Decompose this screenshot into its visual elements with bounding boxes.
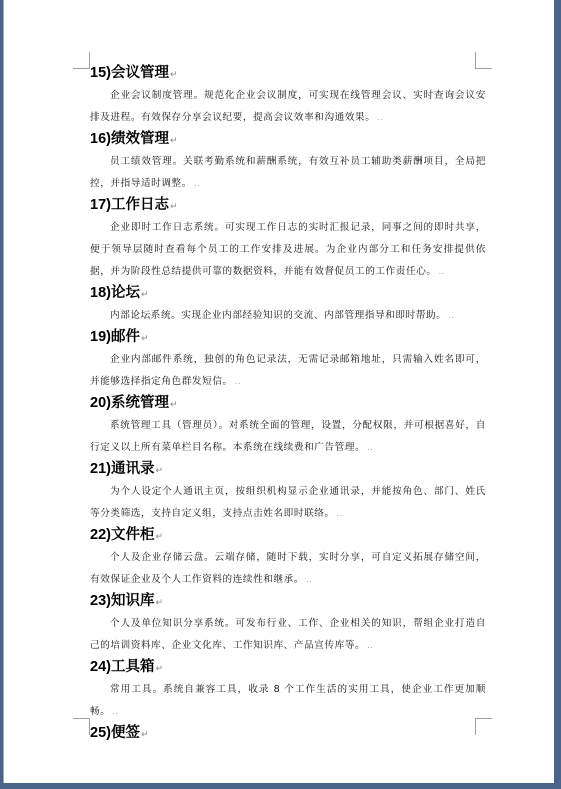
section-heading: 21)通讯录↵ xyxy=(90,459,486,481)
section-body: 企业会议制度管理。规范化企业会议制度，可实现在线管理会议、实时查询会议安排及进程… xyxy=(90,85,486,129)
section-22: 22)文件柜↵ 个人及企业存储云盘。云端存储，随时下载，实时分享，可自定义拓展存… xyxy=(90,525,486,591)
section-heading: 23)知识库↵ xyxy=(90,591,486,613)
section-body: 为个人设定个人通讯主页，按组织机构显示企业通讯录，并能按角色、部门、姓氏等分类筛… xyxy=(90,481,486,525)
section-body: 企业即时工作日志系统。可实现工作日志的实时汇报记录，同事之间的即时共享，便于领导… xyxy=(90,217,486,283)
section-body: 个人及单位知识分享系统。可发布行业、工作、企业相关的知识，帮组企业打造自己的培训… xyxy=(90,613,486,657)
section-body: 系统管理工具（管理员）。对系统全面的管理，设置，分配权限，并可根据喜好，自行定义… xyxy=(90,415,486,459)
section-body: 个人及企业存储云盘。云端存储，随时下载，实时分享，可自定义拓展存储空间，有效保证… xyxy=(90,547,486,591)
section-23: 23)知识库↵ 个人及单位知识分享系统。可发布行业、工作、企业相关的知识，帮组企… xyxy=(90,591,486,657)
section-19: 19)邮件↵ 企业内部邮件系统，独创的角色记录法，无需记录邮箱地址，只需输入姓名… xyxy=(90,327,486,393)
document-body[interactable]: 15)会议管理↵ 企业会议制度管理。规范化企业会议制度，可实现在线管理会议、实时… xyxy=(90,63,486,745)
section-25: 25)便签↵ xyxy=(90,723,486,745)
paragraph-mark-icon: ↵ xyxy=(141,334,149,344)
paragraph-mark-icon: ↵ xyxy=(170,202,178,212)
paragraph-mark-icon: ↵ xyxy=(155,598,163,608)
paragraph-mark-icon: ↵ xyxy=(170,136,178,146)
section-body: 员工绩效管理。关联考勤系统和薪酬系统，有效互补员工辅助类薪酬项目，全局把控，并指… xyxy=(90,151,486,195)
section-18: 18)论坛↵ 内部论坛系统。实现企业内部经验知识的交流、内部管理指导和即时帮助。… xyxy=(90,283,486,327)
crop-mark-bottom-left xyxy=(73,718,90,735)
section-24: 24)工具箱↵ 常用工具。系统自兼容工具，收录 8 个工作生活的实用工具，使企业… xyxy=(90,657,486,723)
section-heading: 18)论坛↵ xyxy=(90,283,486,305)
section-heading: 17)工作日志↵ xyxy=(90,195,486,217)
section-17: 17)工作日志↵ 企业即时工作日志系统。可实现工作日志的实时汇报记录，同事之间的… xyxy=(90,195,486,283)
section-heading: 16)绩效管理↵ xyxy=(90,129,486,151)
section-body: 企业内部邮件系统，独创的角色记录法，无需记录邮箱地址，只需输入姓名即可，并能够选… xyxy=(90,349,486,393)
section-heading: 25)便签↵ xyxy=(90,723,486,745)
paragraph-mark-icon: ↵ xyxy=(170,400,178,410)
section-20: 20)系统管理↵ 系统管理工具（管理员）。对系统全面的管理，设置，分配权限，并可… xyxy=(90,393,486,459)
paragraph-mark-icon: ↵ xyxy=(141,290,149,300)
section-heading: 15)会议管理↵ xyxy=(90,63,486,85)
section-16: 16)绩效管理↵ 员工绩效管理。关联考勤系统和薪酬系统，有效互补员工辅助类薪酬项… xyxy=(90,129,486,195)
section-body: 内部论坛系统。实现企业内部经验知识的交流、内部管理指导和即时帮助。.. xyxy=(90,305,486,327)
section-body: 常用工具。系统自兼容工具，收录 8 个工作生活的实用工具，使企业工作更加顺畅。.… xyxy=(90,679,486,723)
paragraph-mark-icon: ↵ xyxy=(170,70,178,80)
section-heading: 24)工具箱↵ xyxy=(90,657,486,679)
paragraph-mark-icon: ↵ xyxy=(155,664,163,674)
section-21: 21)通讯录↵ 为个人设定个人通讯主页，按组织机构显示企业通讯录，并能按角色、部… xyxy=(90,459,486,525)
section-heading: 22)文件柜↵ xyxy=(90,525,486,547)
crop-mark-top-left xyxy=(73,52,90,69)
document-page: 15)会议管理↵ 企业会议制度管理。规范化企业会议制度，可实现在线管理会议、实时… xyxy=(3,0,554,783)
paragraph-mark-icon: ↵ xyxy=(155,532,163,542)
section-heading: 20)系统管理↵ xyxy=(90,393,486,415)
paragraph-mark-icon: ↵ xyxy=(155,466,163,476)
paragraph-mark-icon: ↵ xyxy=(141,730,149,740)
section-heading: 19)邮件↵ xyxy=(90,327,486,349)
section-15: 15)会议管理↵ 企业会议制度管理。规范化企业会议制度，可实现在线管理会议、实时… xyxy=(90,63,486,129)
